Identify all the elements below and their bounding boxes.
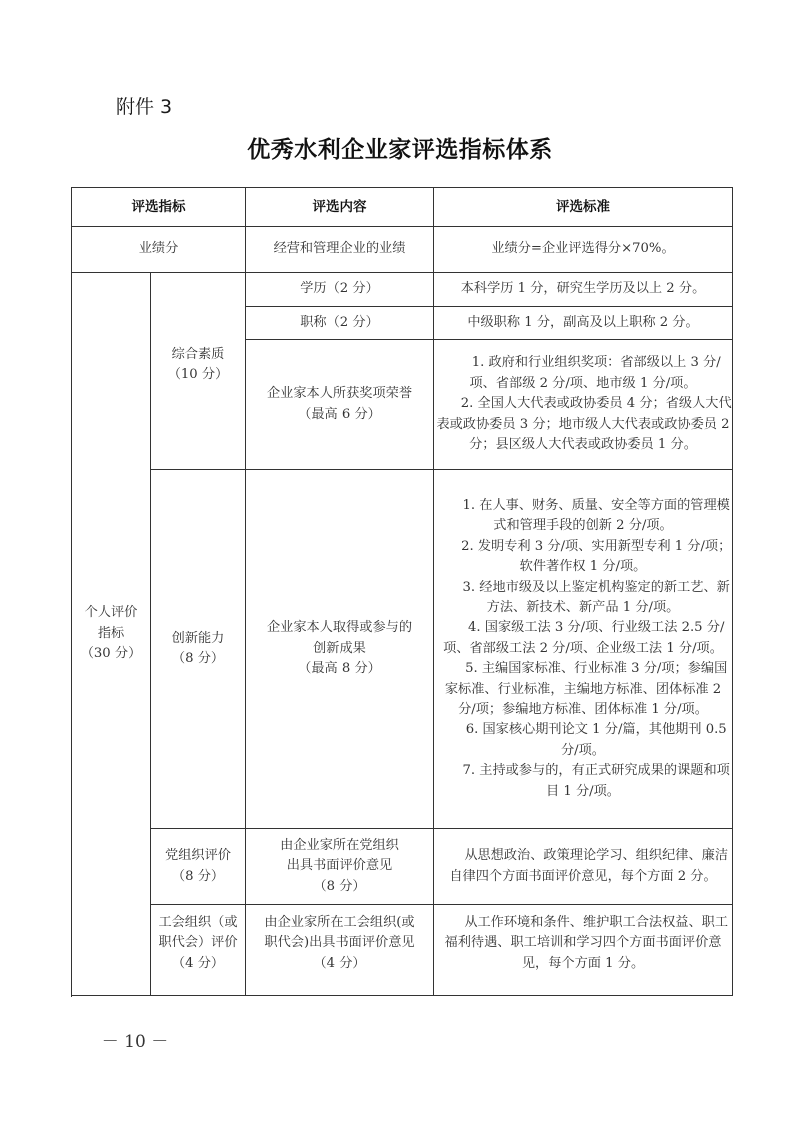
header-standard: 评选标准 bbox=[434, 188, 733, 227]
header-indicator: 评选指标 bbox=[72, 188, 246, 227]
union-label: 工会组织（或 职代会）评价 （4 分） bbox=[151, 905, 246, 996]
innovation-standard: 1. 在人事、财务、质量、安全等方面的管理模式和管理手段的创新 2 分/项。 2… bbox=[434, 470, 733, 829]
education-content: 学历（2 分） bbox=[246, 273, 434, 307]
innovation-item-1: 1. 在人事、财务、质量、安全等方面的管理模式和管理手段的创新 2 分/项。 bbox=[434, 496, 732, 537]
innovation-item-6: 6. 国家核心期刊论文 1 分/篇，其他期刊 0.5 分/项。 bbox=[434, 720, 732, 761]
comprehensive-label: 综合素质 （10 分） bbox=[151, 273, 246, 470]
document-title: 优秀水利企业家评选指标体系 bbox=[0, 131, 800, 164]
party-label: 党组织评价 （8 分） bbox=[151, 829, 246, 905]
personal-group-label: 个人评价 指标 （30 分） bbox=[72, 273, 151, 996]
title-rank-content: 职称（2 分） bbox=[246, 307, 434, 340]
union-content: 由企业家所在工会组织(或 职代会)出具书面评价意见 （4 分） bbox=[246, 905, 434, 996]
education-standard: 本科学历 1 分，研究生学历及以上 2 分。 bbox=[434, 273, 733, 307]
performance-indicator: 业绩分 bbox=[72, 227, 246, 273]
page-number: － 10 － bbox=[0, 1027, 270, 1052]
innovation-item-3: 3. 经地市级及以上鉴定机构鉴定的新工艺、新方法、新技术、新产品 1 分/项。 bbox=[434, 578, 732, 619]
performance-row: 业绩分 经营和管理企业的业绩 业绩分=企业评选得分×70%。 bbox=[72, 227, 733, 273]
innovation-item-4: 4. 国家级工法 3 分/项、行业级工法 2.5 分/项、省部级工法 2 分/项… bbox=[434, 618, 732, 659]
honors-item-1: 1. 政府和行业组织奖项：省部级以上 3 分/项、省部级 2 分/项、地市级 1… bbox=[434, 353, 732, 394]
header-row: 评选指标 评选内容 评选标准 bbox=[72, 188, 733, 227]
performance-content: 经营和管理企业的业绩 bbox=[246, 227, 434, 273]
party-content: 由企业家所在党组织 出具书面评价意见 （8 分） bbox=[246, 829, 434, 905]
innovation-item-2: 2. 发明专利 3 分/项、实用新型专利 1 分/项；软件著作权 1 分/项。 bbox=[434, 537, 732, 578]
innovation-content: 企业家本人取得或参与的 创新成果 （最高 8 分） bbox=[246, 470, 434, 829]
education-row: 个人评价 指标 （30 分） 综合素质 （10 分） 学历（2 分） 本科学历 … bbox=[72, 273, 733, 307]
union-standard: 从工作环境和条件、维护职工合法权益、职工福利待遇、职工培训和学习四个方面书面评价… bbox=[434, 905, 733, 996]
honors-content: 企业家本人所获奖项荣誉 （最高 6 分） bbox=[246, 340, 434, 470]
party-standard: 从思想政治、政策理论学习、组织纪律、廉洁自律四个方面书面评价意见，每个方面 2 … bbox=[434, 829, 733, 905]
title-rank-standard: 中级职称 1 分，副高及以上职称 2 分。 bbox=[434, 307, 733, 340]
innovation-label: 创新能力 （8 分） bbox=[151, 470, 246, 829]
honors-item-2: 2. 全国人大代表或政协委员 4 分；省级人大代表或政协委员 3 分；地市级人大… bbox=[434, 394, 732, 455]
criteria-table: 评选指标 评选内容 评选标准 业绩分 经营和管理企业的业绩 业绩分=企业评选得分… bbox=[71, 187, 733, 996]
party-row: 党组织评价 （8 分） 由企业家所在党组织 出具书面评价意见 （8 分） 从思想… bbox=[72, 829, 733, 905]
union-row: 工会组织（或 职代会）评价 （4 分） 由企业家所在工会组织(或 职代会)出具书… bbox=[72, 905, 733, 996]
performance-standard: 业绩分=企业评选得分×70%。 bbox=[434, 227, 733, 273]
honors-standard: 1. 政府和行业组织奖项：省部级以上 3 分/项、省部级 2 分/项、地市级 1… bbox=[434, 340, 733, 470]
innovation-item-7: 7. 主持或参与的，有正式研究成果的课题和项目 1 分/项。 bbox=[434, 761, 732, 802]
header-content: 评选内容 bbox=[246, 188, 434, 227]
attachment-label: 附件 3 bbox=[116, 92, 172, 119]
innovation-item-5: 5. 主编国家标准、行业标准 3 分/项；参编国家标准、行业标准，主编地方标准、… bbox=[434, 659, 732, 720]
innovation-row: 创新能力 （8 分） 企业家本人取得或参与的 创新成果 （最高 8 分） 1. … bbox=[72, 470, 733, 829]
